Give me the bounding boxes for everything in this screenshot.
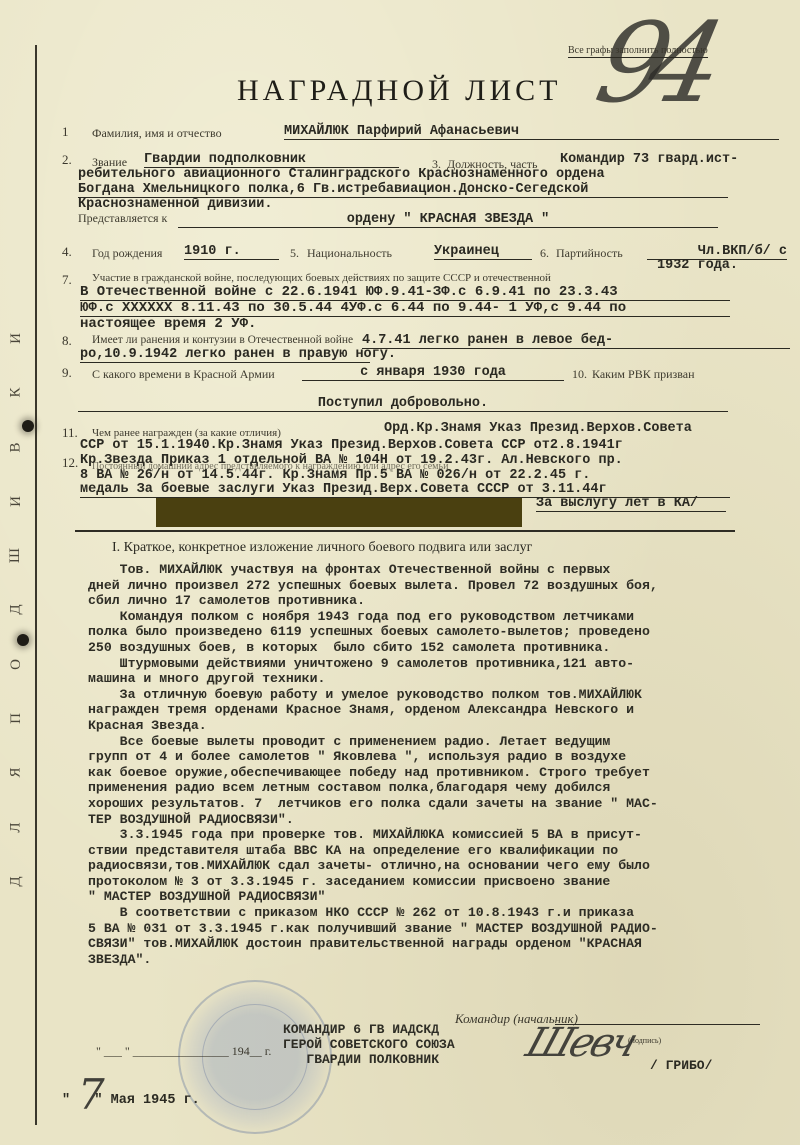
field-value-previous-awards: За выслугу лет в КА/: [536, 496, 726, 512]
field-value-previous-awards: 8 ВА № 26/н от 14.5.44г. Кр.Знамя Пр.5 В…: [80, 468, 590, 483]
field-number: 1: [62, 124, 84, 140]
merit-text-line: 3.3.1945 года при проверке тов. МИХАЙЛЮК…: [88, 827, 800, 843]
merit-text-line: Все боевые вылеты проводит с применением…: [88, 734, 800, 750]
field-value-position: Богдана Хмельницкого полка,6 Гв.истребав…: [78, 182, 728, 198]
date-blank: " ___ " ________________ 194__ г.: [96, 1044, 271, 1059]
field-value-previous-awards: Орд.Кр.Знамя Указ Презид.Верхов.Совета: [384, 421, 692, 436]
section-divider: [75, 530, 735, 532]
field-number: 6.: [540, 246, 549, 261]
merit-text-line: дней лично произвел 272 успешных боевых …: [88, 578, 800, 594]
merit-text-line: применения радио всем летным составом по…: [88, 780, 800, 796]
signer-title: КОМАНДИР 6 ГВ ИАДСКД ГЕРОЙ СОВЕТСКОГО СО…: [283, 1022, 455, 1067]
merit-text-line: Штурмовыми действиями уничтожено 9 самол…: [88, 656, 800, 672]
merit-text-line: ЗВЕЗДА".: [88, 952, 800, 968]
merit-text-line: ствии представителя штаба ВВС КА на опре…: [88, 843, 800, 859]
merit-text-line: Командуя полком с ноября 1943 года под е…: [88, 609, 800, 625]
margin-letter: К: [7, 388, 24, 398]
field-number: 4.: [62, 244, 84, 260]
merit-text-line: хороших результатов. 7 летчиков его полк…: [88, 796, 800, 812]
margin-letter: Я: [7, 768, 24, 778]
field-label: Партийность: [556, 246, 623, 261]
margin-letter: И: [8, 496, 25, 507]
field-value-service-since: с января 1930 года: [302, 365, 564, 381]
merit-text-line: " МАСТЕР ВОЗДУШНОЙ РАДИОСВЯЗИ": [88, 889, 800, 905]
field-number: 5.: [290, 246, 299, 261]
merit-text-line: как боевое оружие,обеспечивающее победу …: [88, 765, 800, 781]
merit-text-line: протоколом № 3 от 3.3.1945 г. заседанием…: [88, 874, 800, 890]
merit-description: Тов. МИХАЙЛЮК участвуя на фронтах Отечес…: [88, 562, 800, 967]
field-value-nationality: Украинец: [434, 244, 532, 260]
handwritten-signature: Шевч: [521, 1020, 641, 1066]
merit-text-line: Тов. МИХАЙЛЮК участвуя на фронтах Отечес…: [88, 562, 800, 578]
field-value-war-participation: В Отечественной войне с 22.6.1941 ЮФ.9.4…: [80, 284, 730, 301]
margin-letter: Д: [7, 876, 24, 886]
margin-letter: Д: [7, 605, 24, 615]
field-value-award: ордену " КРАСНАЯ ЗВЕЗДА ": [178, 212, 718, 228]
field-label: Каким РВК призван: [592, 367, 695, 382]
merit-text-line: радиосвязи,тов.МИХАЙЛЮК сдал зачеты- отл…: [88, 858, 800, 874]
document-title: НАГРАДНОЙ ЛИСТ: [237, 74, 562, 108]
field-number: 2.: [62, 152, 84, 168]
field-label: Год рождения: [92, 246, 162, 261]
field-value-wounds: 4.7.41 легко ранен в левое бед-: [362, 333, 790, 349]
document-date: " " Мая 1945 г.: [62, 1093, 200, 1108]
merit-text-line: 250 воздушных боев, в которых было сбито…: [88, 640, 800, 656]
merit-text-line: групп от 4 и более самолетов " Яковлева …: [88, 749, 800, 765]
merit-text-line: ТЕР ВОЗДУШНОЙ РАДИОСВЯЗИ".: [88, 812, 800, 828]
binding-hole: [22, 420, 34, 432]
signer-name: / ГРИБО/: [650, 1058, 712, 1073]
merit-text-line: 5 ВА № 031 от 3.3.1945 г.как получивший …: [88, 921, 800, 937]
margin-letter: О: [8, 659, 25, 670]
field-value-party: 1932 года.: [657, 258, 738, 273]
merit-text-line: полка было произведено 6119 успешных бое…: [88, 624, 800, 640]
merit-text-line: В соответствии с приказом НКО СССР № 262…: [88, 905, 800, 921]
instruction-note: Все графы заполнить полностью: [568, 45, 708, 58]
field-label: Национальность: [307, 246, 392, 261]
field-value-position: ребительного авиационного Сталинградског…: [78, 167, 605, 182]
merit-text-line: сбил лично 17 самолетов противника.: [88, 593, 800, 609]
binding-margin-line: [35, 45, 37, 1125]
field-label: Участие в гражданской войне, последующих…: [92, 272, 551, 284]
field-value-war-participation: ЮФ.с ХХХХХХ 8.11.43 по 30.5.44 4УФ.с 6.4…: [80, 300, 730, 317]
field-value-birth-year: 1910 г.: [184, 244, 279, 260]
field-label: Представляется к: [78, 211, 167, 226]
merit-text-line: Красная Звезда.: [88, 718, 800, 734]
field-value-draft-office: Поступил добровольно.: [78, 396, 728, 412]
field-value-previous-awards: Кр.Звезда Приказ 1 отдельной ВА № 104Н о…: [80, 453, 623, 468]
field-value-full-name: МИХАЙЛЮК Парфирий Афанасьевич: [284, 124, 779, 140]
field-value-wounds: ро,10.9.1942 легко ранен в правую ногу.: [80, 347, 370, 363]
margin-letter: В: [7, 442, 24, 452]
margin-letter: Ш: [7, 548, 24, 563]
field-label: С какого времени в Красной Армии: [92, 367, 275, 382]
binding-margin-label: ДЛЯПОДШИВКИ: [4, 330, 28, 890]
merit-text-line: СВЯЗИ" тов.МИХАЙЛЮК достоин правительств…: [88, 936, 800, 952]
field-label: Имеет ли ранения и контузии в Отечествен…: [92, 334, 353, 346]
field-value-position: Краснознаменной дивизии.: [78, 197, 272, 212]
margin-letter: И: [8, 333, 25, 344]
redacted-address-block: [156, 498, 522, 527]
margin-letter: П: [8, 713, 25, 724]
section-title: I. Краткое, конкретное изложение личного…: [112, 540, 532, 556]
field-value-previous-awards: ССР от 15.1.1940.Кр.Знамя Указ Презид.Ве…: [80, 438, 623, 453]
binding-hole: [17, 634, 29, 646]
field-number: 10.: [572, 367, 587, 382]
field-value-war-participation: настоящее время 2 УФ.: [80, 316, 256, 332]
margin-letter: Л: [8, 822, 25, 832]
field-label: Фамилия, имя и отчество: [92, 126, 222, 141]
merit-text-line: машина и много другой техники.: [88, 671, 800, 687]
field-value-position: Командир 73 гвард.ист-: [560, 152, 738, 167]
merit-text-line: За отличную боевую работу и умелое руков…: [88, 687, 800, 703]
field-value-rank: Гвардии подполковник: [144, 152, 399, 168]
merit-text-line: награжден тремя орденами Красное Знамя, …: [88, 702, 800, 718]
field-number: 9.: [62, 365, 84, 381]
